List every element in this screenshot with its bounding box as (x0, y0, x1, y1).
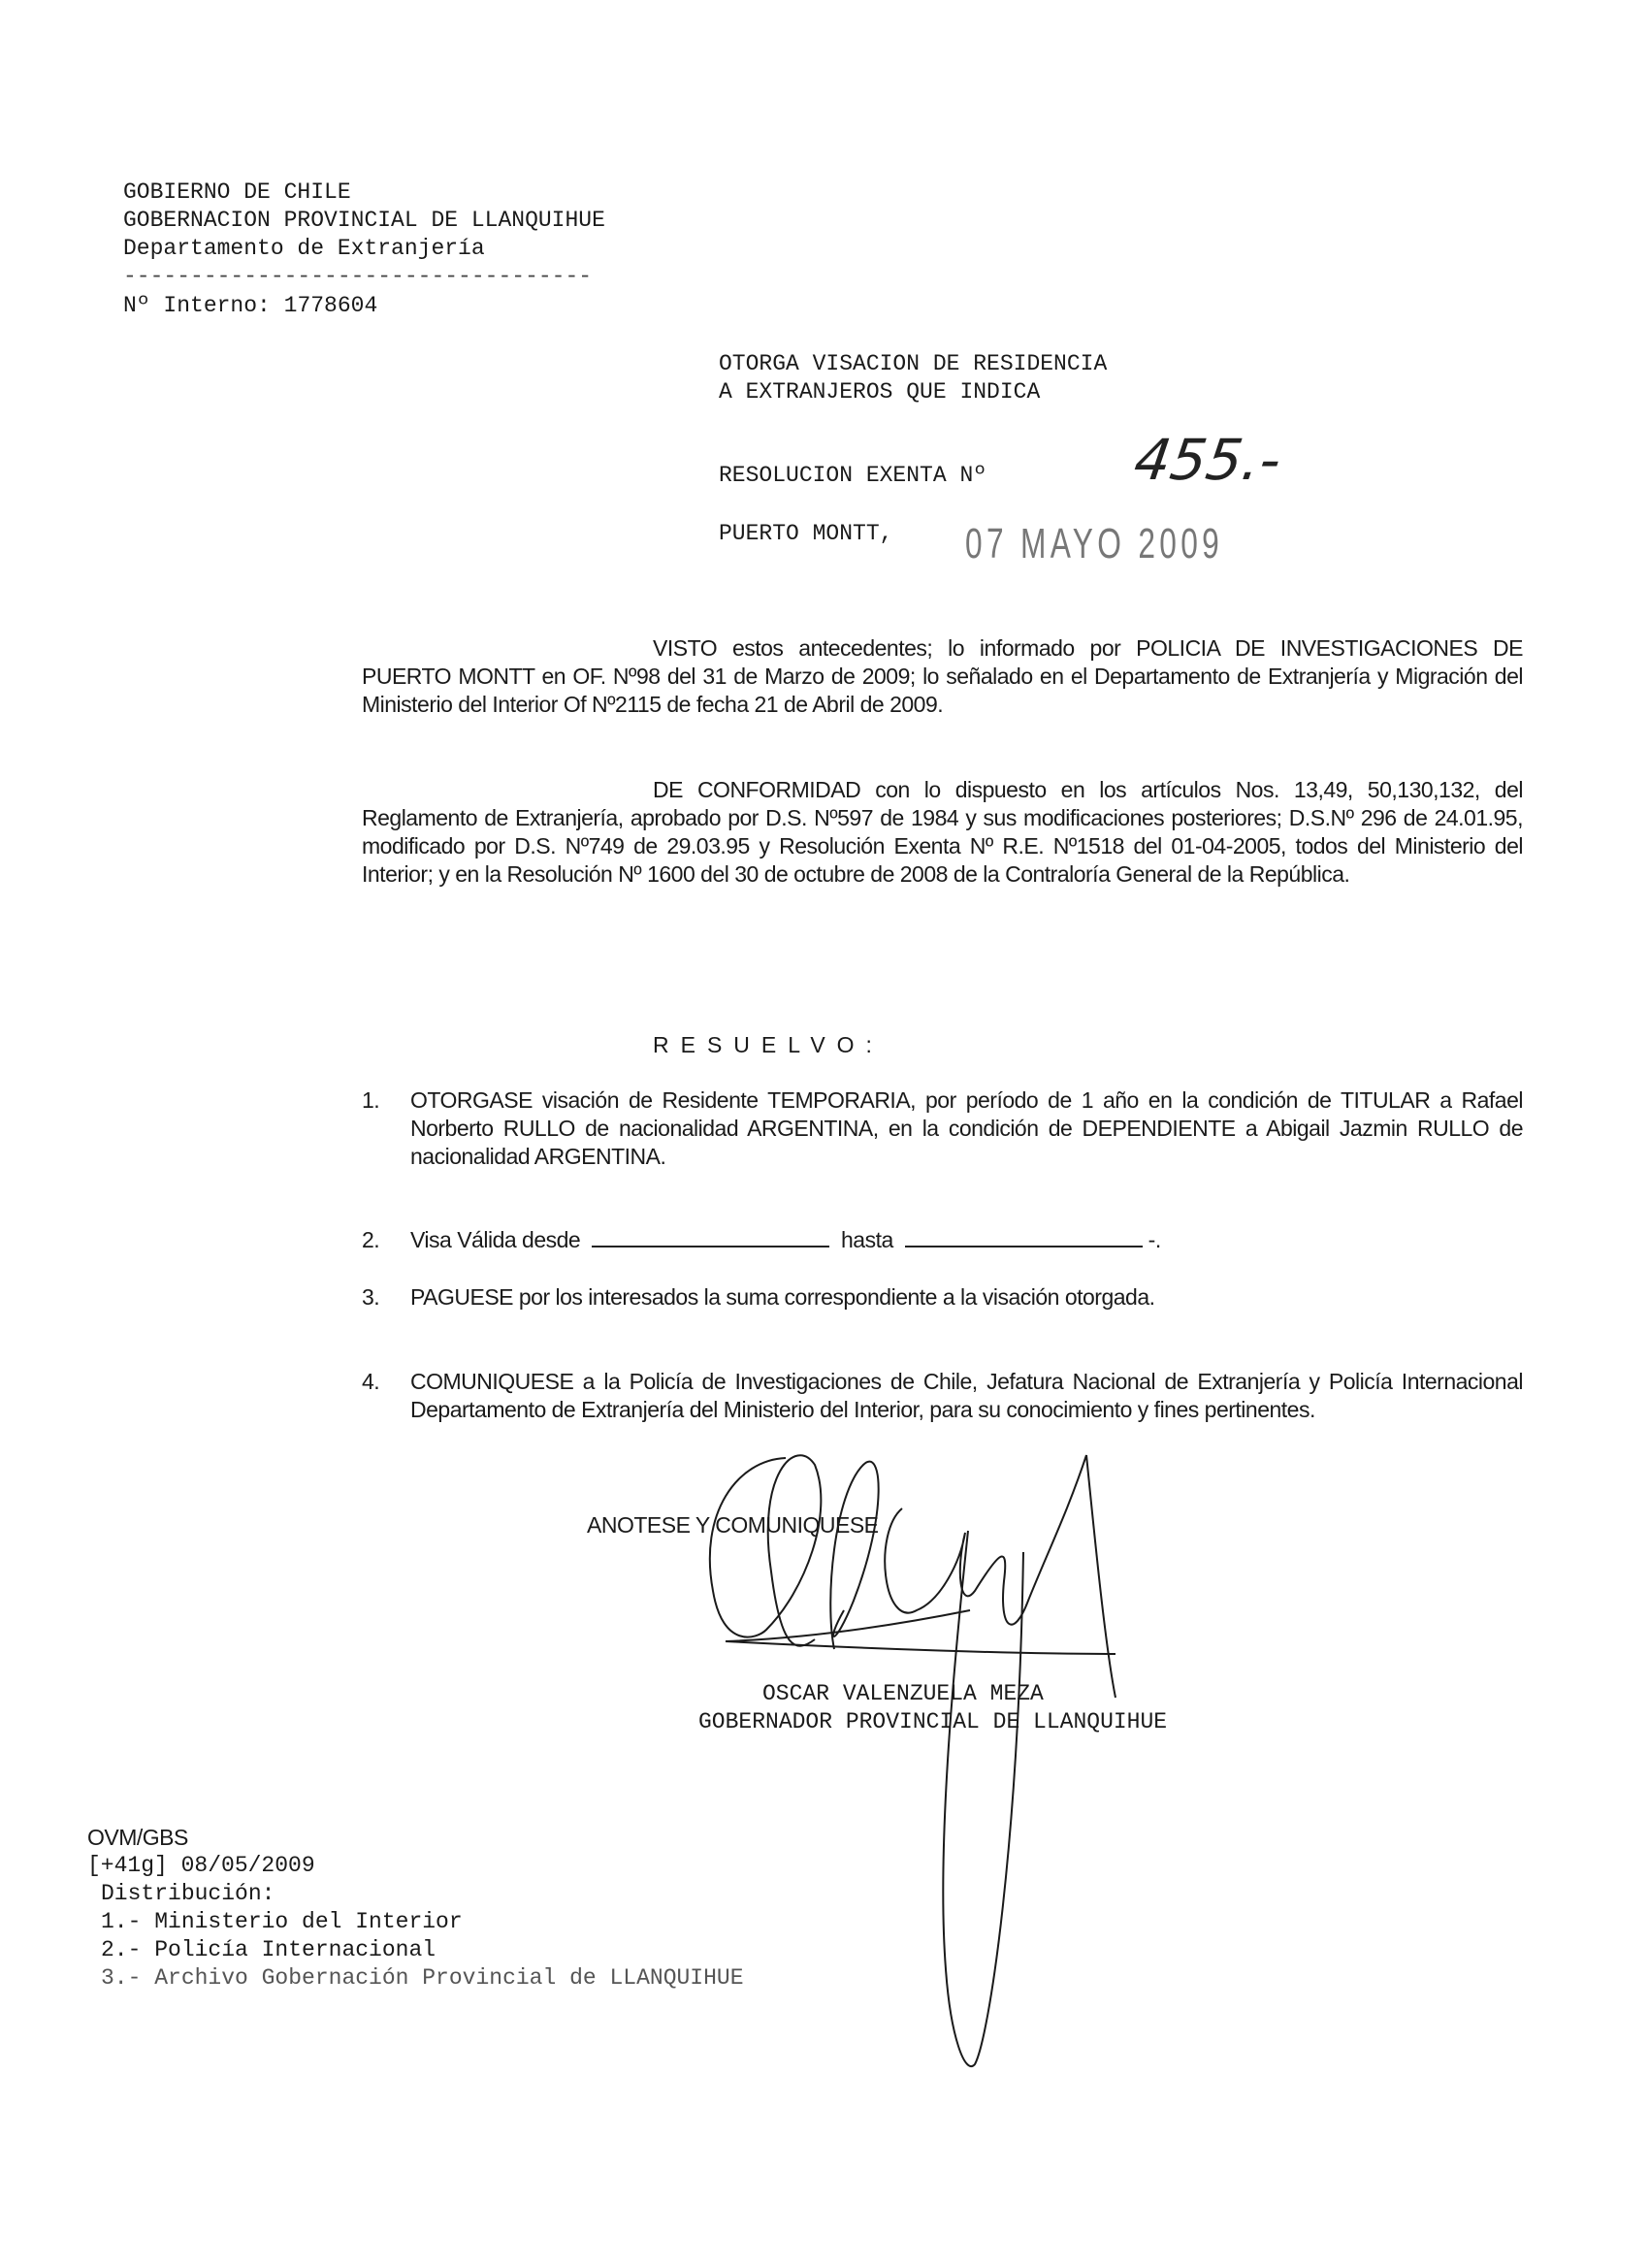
resolution-item-3: 3. PAGUESE por los interesados la suma c… (362, 1283, 1523, 1312)
valid-to-label: hasta (841, 1227, 893, 1252)
distribution-item: 2.- Policía Internacional (101, 1936, 436, 1964)
place-label: PUERTO MONTT, (719, 520, 892, 548)
item-number: 1. (362, 1086, 379, 1115)
visto-text: VISTO estos antecedentes; lo informado p… (362, 635, 1523, 717)
visto-paragraph: VISTO estos antecedentes; lo informado p… (362, 634, 1523, 719)
header-government: GOBIERNO DE CHILE (123, 178, 351, 207)
resolution-item-2: 2. Visa Válida desde hasta -. (362, 1226, 1523, 1254)
signatory-title: GOBERNADOR PROVINCIAL DE LLANQUIHUE (698, 1708, 1167, 1736)
distribution-item: 3.- Archivo Gobernación Provincial de LL… (101, 1964, 744, 1993)
item-text: PAGUESE por los interesados la suma corr… (410, 1283, 1523, 1312)
distribution-label: Distribución: (101, 1880, 275, 1908)
resolution-label: RESOLUCION EXENTA Nº (719, 462, 986, 490)
date-stamp: 07 MAYO 2009 (965, 520, 1223, 568)
resolution-item-1: 1. OTORGASE visación de Residente TEMPOR… (362, 1086, 1523, 1171)
item-text: OTORGASE visación de Residente TEMPORARI… (410, 1086, 1523, 1171)
resolution-number-handwritten: 455.- (1130, 427, 1285, 493)
internal-number-value: 1778604 (284, 293, 378, 318)
item-number: 2. (362, 1226, 379, 1254)
valid-to-field[interactable] (905, 1226, 1143, 1247)
valid-from-field[interactable] (592, 1226, 829, 1247)
signatory-name: OSCAR VALENZUELA MEZA (762, 1680, 1044, 1708)
valid-from-label: Visa Válida desde (410, 1227, 580, 1252)
header-department: Departamento de Extranjería (123, 235, 485, 263)
footer-reference: [+41g] 08/05/2009 (87, 1852, 315, 1880)
footer-initials: OVM/GBS (87, 1824, 188, 1852)
closing-formula: ANOTESE Y COMUNIQUESE (587, 1511, 879, 1539)
item-number: 4. (362, 1368, 379, 1396)
item-number: 3. (362, 1283, 379, 1312)
resuelvo-heading: RESUELVO: (653, 1031, 884, 1059)
resolution-item-4: 4. COMUNIQUESE a la Policía de Investiga… (362, 1368, 1523, 1424)
item-2-end: -. (1148, 1227, 1161, 1252)
header-provincial-office: GOBERNACION PROVINCIAL DE LLANQUIHUE (123, 207, 605, 235)
subject-line-1: OTORGA VISACION DE RESIDENCIA (719, 350, 1107, 378)
conformidad-text: DE CONFORMIDAD con lo dispuesto en los a… (362, 777, 1523, 887)
conformidad-paragraph: DE CONFORMIDAD con lo dispuesto en los a… (362, 776, 1523, 889)
header-separator: ----------------------------------- (123, 263, 592, 291)
item-text: COMUNIQUESE a la Policía de Investigacio… (410, 1368, 1523, 1424)
subject-line-2: A EXTRANJEROS QUE INDICA (719, 378, 1040, 406)
distribution-item: 1.- Ministerio del Interior (101, 1908, 463, 1936)
internal-number: Nº Interno: 1778604 (123, 292, 377, 320)
internal-number-label: Nº Interno: (123, 293, 271, 318)
